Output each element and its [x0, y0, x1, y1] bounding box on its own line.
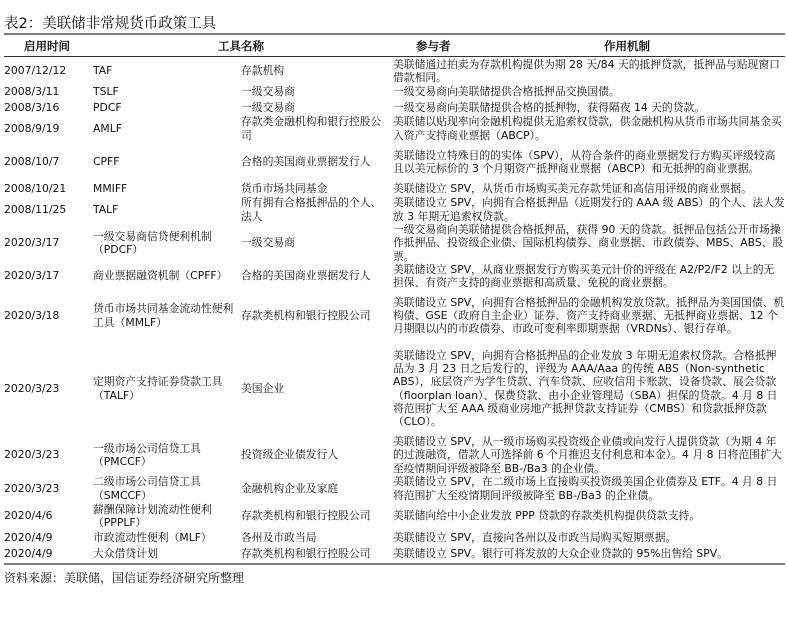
- cell-participant-text: 存款类机构和银行控股公司: [241, 309, 371, 322]
- cell-participant: 存款类金融机构和银行控股公司: [241, 115, 391, 142]
- cell-mechanism: 美联储设立 SPV，在二级市场上直接购买投资级美国企业债券及 ETF。4 月 8…: [393, 475, 785, 502]
- cell-participant-text: 存款机构: [241, 64, 284, 77]
- header-mechanism: 作用机制: [604, 38, 650, 54]
- cell-date-text: 2008/10/21: [4, 182, 66, 195]
- cell-date-text: 2008/11/25: [4, 203, 66, 216]
- cell-date-text: 2020/4/6: [4, 509, 53, 522]
- cell-participant: 一级交易商: [241, 84, 391, 100]
- cell-mechanism: 一级交易商向美联储提供合格抵押品交换国债。: [393, 84, 785, 100]
- cell-tool: 货币市场共同基金流动性便利工具（MMLF）: [93, 289, 243, 342]
- cell-date-text: 2008/9/19: [4, 122, 59, 135]
- cell-participant-text: 合格的美国商业票据发行人: [241, 269, 371, 282]
- cell-mechanism: 美联储设立 SPV，直接向各州以及市政当局购买短期票据。: [393, 530, 785, 546]
- cell-mechanism-text: 一级交易商向美联储提供合格的抵押物，获得隔夜 14 天的贷款。: [393, 101, 705, 114]
- cell-tool-text: 定期资产支持证券贷款工具（TALF）: [93, 375, 243, 401]
- cell-tool: 一级交易商信贷便利机制（PDCF）: [93, 223, 243, 263]
- table-row: 2020/4/6薪酬保障计划流动性便利（PPPLF）存款类机构和银行控股公司美联…: [4, 502, 785, 530]
- cell-tool: 二级市场公司信贷工具（SMCCF）: [93, 475, 243, 502]
- cell-participant: 存款类机构和银行控股公司: [241, 289, 391, 342]
- cell-date: 2008/3/16: [4, 100, 92, 115]
- cell-mechanism-text: 一级交易商向美联储提供合格抵押品，获得 90 天的贷款。抵押品包括公开市场操作抵…: [393, 223, 785, 263]
- cell-mechanism: 美联储设立 SPV，从商业票据发行方购买美元计价的评级在 A2/P2/F2 以上…: [393, 263, 785, 289]
- cell-date-text: 2008/10/7: [4, 155, 59, 168]
- cell-mechanism-text: 美联储设立 SPV，直接向各州以及市政当局购买短期票据。: [393, 531, 676, 544]
- cell-participant: 存款机构: [241, 58, 391, 84]
- cell-mechanism-text: 美联储向给中小企业发放 PPP 贷款的存款类机构提供贷款支持。: [393, 509, 700, 522]
- cell-tool-text: 大众借贷计划: [93, 547, 158, 560]
- cell-participant: 存款类机构和银行控股公司: [241, 546, 391, 562]
- cell-mechanism: 美联储设立 SPV，从一级市场购买投资级企业债或向发行人提供贷款（为期 4 年的…: [393, 435, 785, 475]
- cell-tool-text: 二级市场公司信贷工具（SMCCF）: [93, 475, 243, 501]
- cell-tool: 定期资产支持证券贷款工具（TALF）: [93, 342, 243, 435]
- cell-date: 2008/9/19: [4, 115, 92, 142]
- table-row: 2020/3/23二级市场公司信贷工具（SMCCF）金融机构企业及家庭美联储设立…: [4, 475, 785, 502]
- table-row: 2020/4/9市政流动性便利（MLF）各州及市政当局美联储设立 SPV，直接向…: [4, 530, 785, 546]
- cell-tool-text: 市政流动性便利（MLF）: [93, 531, 212, 544]
- cell-participant: 所有拥有合格抵押品的个人、法人: [241, 196, 391, 223]
- cell-tool: TAF: [93, 58, 243, 84]
- cell-date-text: 2020/3/23: [4, 482, 59, 495]
- cell-mechanism-text: 美联储设立特殊目的的实体（SPV），从符合条件的商业票据发行方购买评级较高且以美…: [393, 149, 785, 175]
- cell-tool-text: CPFF: [93, 155, 119, 168]
- cell-tool-text: 一级交易商信贷便利机制（PDCF）: [93, 230, 243, 256]
- cell-date: 2020/4/6: [4, 502, 92, 530]
- table-row: 2008/11/25TALF所有拥有合格抵押品的个人、法人美联储设立 SPV，向…: [4, 196, 785, 223]
- cell-mechanism: 美联储以贴现率向金融机构提供无追索权贷款，供金融机构从货币市场共同基金买入资产支…: [393, 115, 785, 142]
- cell-mechanism-text: 美联储以贴现率向金融机构提供无追索权贷款，供金融机构从货币市场共同基金买入资产支…: [393, 115, 785, 141]
- cell-participant-text: 一级交易商: [241, 85, 295, 98]
- table-row: 2020/3/23定期资产支持证券贷款工具（TALF）美国企业美联储设立 SPV…: [4, 342, 785, 435]
- cell-date-text: 2008/3/16: [4, 101, 59, 114]
- table-row: 2008/10/7CPFF合格的美国商业票据发行人美联储设立特殊目的的实体（SP…: [4, 142, 785, 182]
- cell-participant-text: 所有拥有合格抵押品的个人、法人: [241, 196, 391, 222]
- table-row: 2020/3/23一级市场公司信贷工具（PMCCF）投资级企业债发行人美联储设立…: [4, 435, 785, 475]
- cell-mechanism: 美联储设立 SPV，向拥有合格抵押品的企业发放 3 年期无追索权贷款。合格抵押品…: [393, 342, 785, 435]
- cell-tool-text: TSLF: [93, 85, 119, 98]
- table-row: 2008/3/16PDCF一级交易商一级交易商向美联储提供合格的抵押物，获得隔夜…: [4, 100, 785, 115]
- cell-date: 2020/3/17: [4, 263, 92, 289]
- cell-tool-text: 货币市场共同基金流动性便利工具（MMLF）: [93, 302, 243, 328]
- cell-participant-text: 一级交易商: [241, 101, 295, 114]
- cell-tool-text: 一级市场公司信贷工具（PMCCF）: [93, 442, 243, 468]
- cell-participant-text: 美国企业: [241, 382, 284, 395]
- table-row: 2008/9/19AMLF存款类金融机构和银行控股公司美联储以贴现率向金融机构提…: [4, 115, 785, 142]
- cell-participant: 存款类机构和银行控股公司: [241, 502, 391, 530]
- cell-tool: 一级市场公司信贷工具（PMCCF）: [93, 435, 243, 475]
- cell-mechanism: 一级交易商向美联储提供合格的抵押物，获得隔夜 14 天的贷款。: [393, 100, 785, 115]
- cell-mechanism-text: 美联储设立 SPV，向拥有合格抵押品的企业发放 3 年期无追索权贷款。合格抵押品…: [393, 349, 785, 428]
- cell-tool: AMLF: [93, 115, 243, 142]
- cell-date-text: 2020/3/17: [4, 269, 59, 282]
- cell-mechanism-text: 一级交易商向美联储提供合格抵押品交换国债。: [393, 85, 620, 98]
- cell-date: 2007/12/12: [4, 58, 92, 84]
- cell-participant-text: 货币市场共同基金: [241, 182, 327, 195]
- table-row: 2020/3/17商业票据融资机制（CPFF）合格的美国商业票据发行人美联储设立…: [4, 263, 785, 289]
- cell-mechanism: 美联储设立 SPV，向拥有合格抵押品（近期发行的 AAA 级 ABS）的个人、法…: [393, 196, 785, 223]
- cell-tool-text: 薪酬保障计划流动性便利（PPPLF）: [93, 503, 243, 529]
- cell-participant-text: 投资级企业债发行人: [241, 448, 338, 461]
- table-row: 2008/3/11TSLF一级交易商一级交易商向美联储提供合格抵押品交换国债。: [4, 84, 785, 100]
- cell-date-text: 2020/3/18: [4, 309, 59, 322]
- cell-date: 2008/3/11: [4, 84, 92, 100]
- cell-date: 2020/3/18: [4, 289, 92, 342]
- cell-tool: CPFF: [93, 142, 243, 182]
- cell-date: 2020/3/17: [4, 223, 92, 263]
- cell-participant-text: 金融机构企业及家庭: [241, 482, 338, 495]
- header-date: 启用时间: [24, 38, 70, 54]
- cell-tool: 商业票据融资机制（CPFF）: [93, 263, 243, 289]
- table-row: 2020/4/9大众借贷计划存款类机构和银行控股公司美联储设立 SPV。银行可将…: [4, 546, 785, 562]
- cell-mechanism-text: 美联储设立 SPV，在二级市场上直接购买投资级美国企业债券及 ETF。4 月 8…: [393, 475, 785, 501]
- cell-participant: 合格的美国商业票据发行人: [241, 263, 391, 289]
- cell-participant: 各州及市政当局: [241, 530, 391, 546]
- cell-mechanism-text: 美联储设立 SPV，向拥有合格抵押品（近期发行的 AAA 级 ABS）的个人、法…: [393, 196, 785, 222]
- table-row: 2020/3/18货币市场共同基金流动性便利工具（MMLF）存款类机构和银行控股…: [4, 289, 785, 342]
- cell-participant: 投资级企业债发行人: [241, 435, 391, 475]
- cell-participant-text: 各州及市政当局: [241, 531, 317, 544]
- cell-date: 2008/10/7: [4, 142, 92, 182]
- cell-tool: 市政流动性便利（MLF）: [93, 530, 243, 546]
- cell-date-text: 2020/4/9: [4, 531, 53, 544]
- cell-tool-text: TALF: [93, 203, 118, 216]
- cell-date: 2020/4/9: [4, 530, 92, 546]
- cell-mechanism: 一级交易商向美联储提供合格抵押品，获得 90 天的贷款。抵押品包括公开市场操作抵…: [393, 223, 785, 263]
- cell-date-text: 2020/3/17: [4, 236, 59, 249]
- cell-date-text: 2008/3/11: [4, 85, 59, 98]
- cell-participant-text: 存款类机构和银行控股公司: [241, 509, 371, 522]
- cell-participant: 美国企业: [241, 342, 391, 435]
- cell-participant: 一级交易商: [241, 100, 391, 115]
- source-note: 资料来源：美联储，国信证券经济研究所整理: [4, 569, 244, 586]
- cell-tool: TALF: [93, 196, 243, 223]
- cell-mechanism: 美联储设立特殊目的的实体（SPV），从符合条件的商业票据发行方购买评级较高且以美…: [393, 142, 785, 182]
- cell-date-text: 2020/3/23: [4, 382, 59, 395]
- table-row: 2008/10/21MMIFF货币市场共同基金美联储设立 SPV，从货币市场购买…: [4, 182, 785, 196]
- cell-tool-text: MMIFF: [93, 182, 127, 195]
- cell-date-text: 2020/3/23: [4, 448, 59, 461]
- cell-participant-text: 一级交易商: [241, 236, 295, 249]
- cell-date: 2008/10/21: [4, 182, 92, 196]
- cell-mechanism: 美联储设立 SPV。银行可将发放的大众企业贷款的 95%出售给 SPV。: [393, 546, 785, 562]
- cell-participant-text: 存款类金融机构和银行控股公司: [241, 115, 391, 141]
- cell-date: 2020/3/23: [4, 435, 92, 475]
- cell-mechanism-text: 美联储设立 SPV，从一级市场购买投资级企业债或向发行人提供贷款（为期 4 年的…: [393, 435, 785, 475]
- cell-date: 2008/11/25: [4, 196, 92, 223]
- cell-tool: PDCF: [93, 100, 243, 115]
- cell-tool-text: TAF: [93, 64, 112, 77]
- cell-mechanism: 美联储通过拍卖为存款机构提供为期 28 天/84 天的抵押贷款，抵押品与贴现窗口…: [393, 58, 785, 84]
- table-row: 2007/12/12TAF存款机构美联储通过拍卖为存款机构提供为期 28 天/8…: [4, 58, 785, 84]
- cell-tool: 大众借贷计划: [93, 546, 243, 562]
- table-body: 2007/12/12TAF存款机构美联储通过拍卖为存款机构提供为期 28 天/8…: [4, 58, 785, 562]
- cell-mechanism: 美联储设立 SPV，从货币市场购买美元存款凭证和高信用评级的商业票据。: [393, 182, 785, 196]
- cell-participant-text: 存款类机构和银行控股公司: [241, 547, 371, 560]
- bottom-rule: [4, 563, 785, 565]
- cell-mechanism-text: 美联储设立 SPV，向拥有合格抵押品的金融机构发放贷款。抵押品为美国国债、机构债…: [393, 296, 785, 336]
- header-tool: 工具名称: [218, 38, 264, 54]
- cell-tool-text: PDCF: [93, 101, 122, 114]
- cell-tool-text: AMLF: [93, 122, 122, 135]
- cell-tool: TSLF: [93, 84, 243, 100]
- header-participant: 参与者: [416, 38, 451, 54]
- cell-mechanism-text: 美联储设立 SPV，从商业票据发行方购买美元计价的评级在 A2/P2/F2 以上…: [393, 263, 785, 289]
- table-row: 2020/3/17一级交易商信贷便利机制（PDCF）一级交易商一级交易商向美联储…: [4, 223, 785, 263]
- table-title: 表2：美联储非常规货币政策工具: [4, 12, 216, 33]
- cell-participant: 一级交易商: [241, 223, 391, 263]
- cell-participant-text: 合格的美国商业票据发行人: [241, 155, 371, 168]
- cell-tool: MMIFF: [93, 182, 243, 196]
- cell-participant: 金融机构企业及家庭: [241, 475, 391, 502]
- cell-mechanism-text: 美联储通过拍卖为存款机构提供为期 28 天/84 天的抵押贷款，抵押品与贴现窗口…: [393, 58, 785, 84]
- top-rule: [4, 33, 785, 35]
- cell-participant: 货币市场共同基金: [241, 182, 391, 196]
- cell-mechanism: 美联储向给中小企业发放 PPP 贷款的存款类机构提供贷款支持。: [393, 502, 785, 530]
- cell-tool: 薪酬保障计划流动性便利（PPPLF）: [93, 502, 243, 530]
- cell-participant: 合格的美国商业票据发行人: [241, 142, 391, 182]
- cell-mechanism-text: 美联储设立 SPV，从货币市场购买美元存款凭证和高信用评级的商业票据。: [393, 182, 752, 195]
- cell-mechanism: 美联储设立 SPV，向拥有合格抵押品的金融机构发放贷款。抵押品为美国国债、机构债…: [393, 289, 785, 342]
- cell-mechanism-text: 美联储设立 SPV。银行可将发放的大众企业贷款的 95%出售给 SPV。: [393, 547, 728, 560]
- cell-date-text: 2007/12/12: [4, 64, 66, 77]
- table-header: 启用时间 工具名称 参与者 作用机制: [4, 36, 785, 54]
- cell-date: 2020/4/9: [4, 546, 92, 562]
- cell-date: 2020/3/23: [4, 475, 92, 502]
- cell-date: 2020/3/23: [4, 342, 92, 435]
- cell-date-text: 2020/4/9: [4, 547, 53, 560]
- cell-tool-text: 商业票据融资机制（CPFF）: [93, 269, 227, 282]
